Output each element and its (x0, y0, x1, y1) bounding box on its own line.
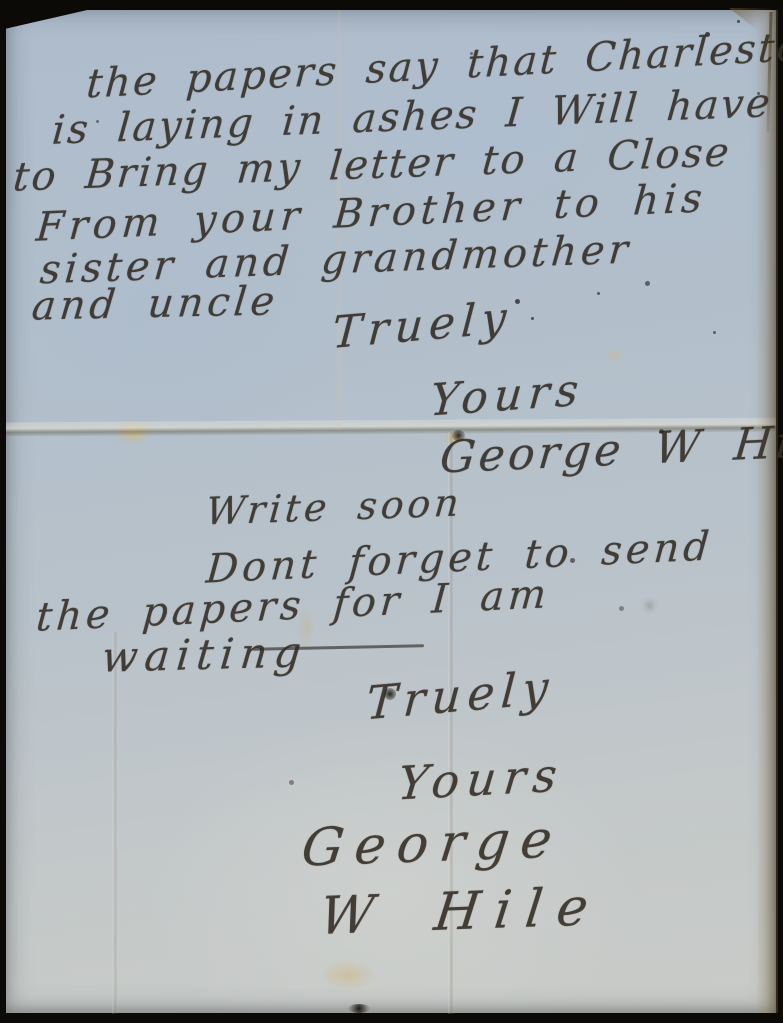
signature: W Hile (317, 881, 606, 943)
letter-closing: Yours (396, 751, 567, 806)
letter-line: Write soon (204, 483, 464, 530)
letter-closing: Yours (428, 368, 586, 423)
ink-blot (348, 1004, 370, 1013)
letter-line: and uncle (30, 281, 280, 326)
vertical-fold-crease-left (112, 632, 118, 1014)
signature: George (299, 813, 566, 874)
letter-line: waiting (100, 631, 310, 679)
ink-specks (0, 0, 3, 3)
ink-blot (452, 430, 465, 441)
scanned-letter: the papers say that Charlestown is layin… (0, 0, 783, 1023)
stained-paper-edge (756, 10, 778, 1013)
ink-blot (384, 688, 396, 700)
